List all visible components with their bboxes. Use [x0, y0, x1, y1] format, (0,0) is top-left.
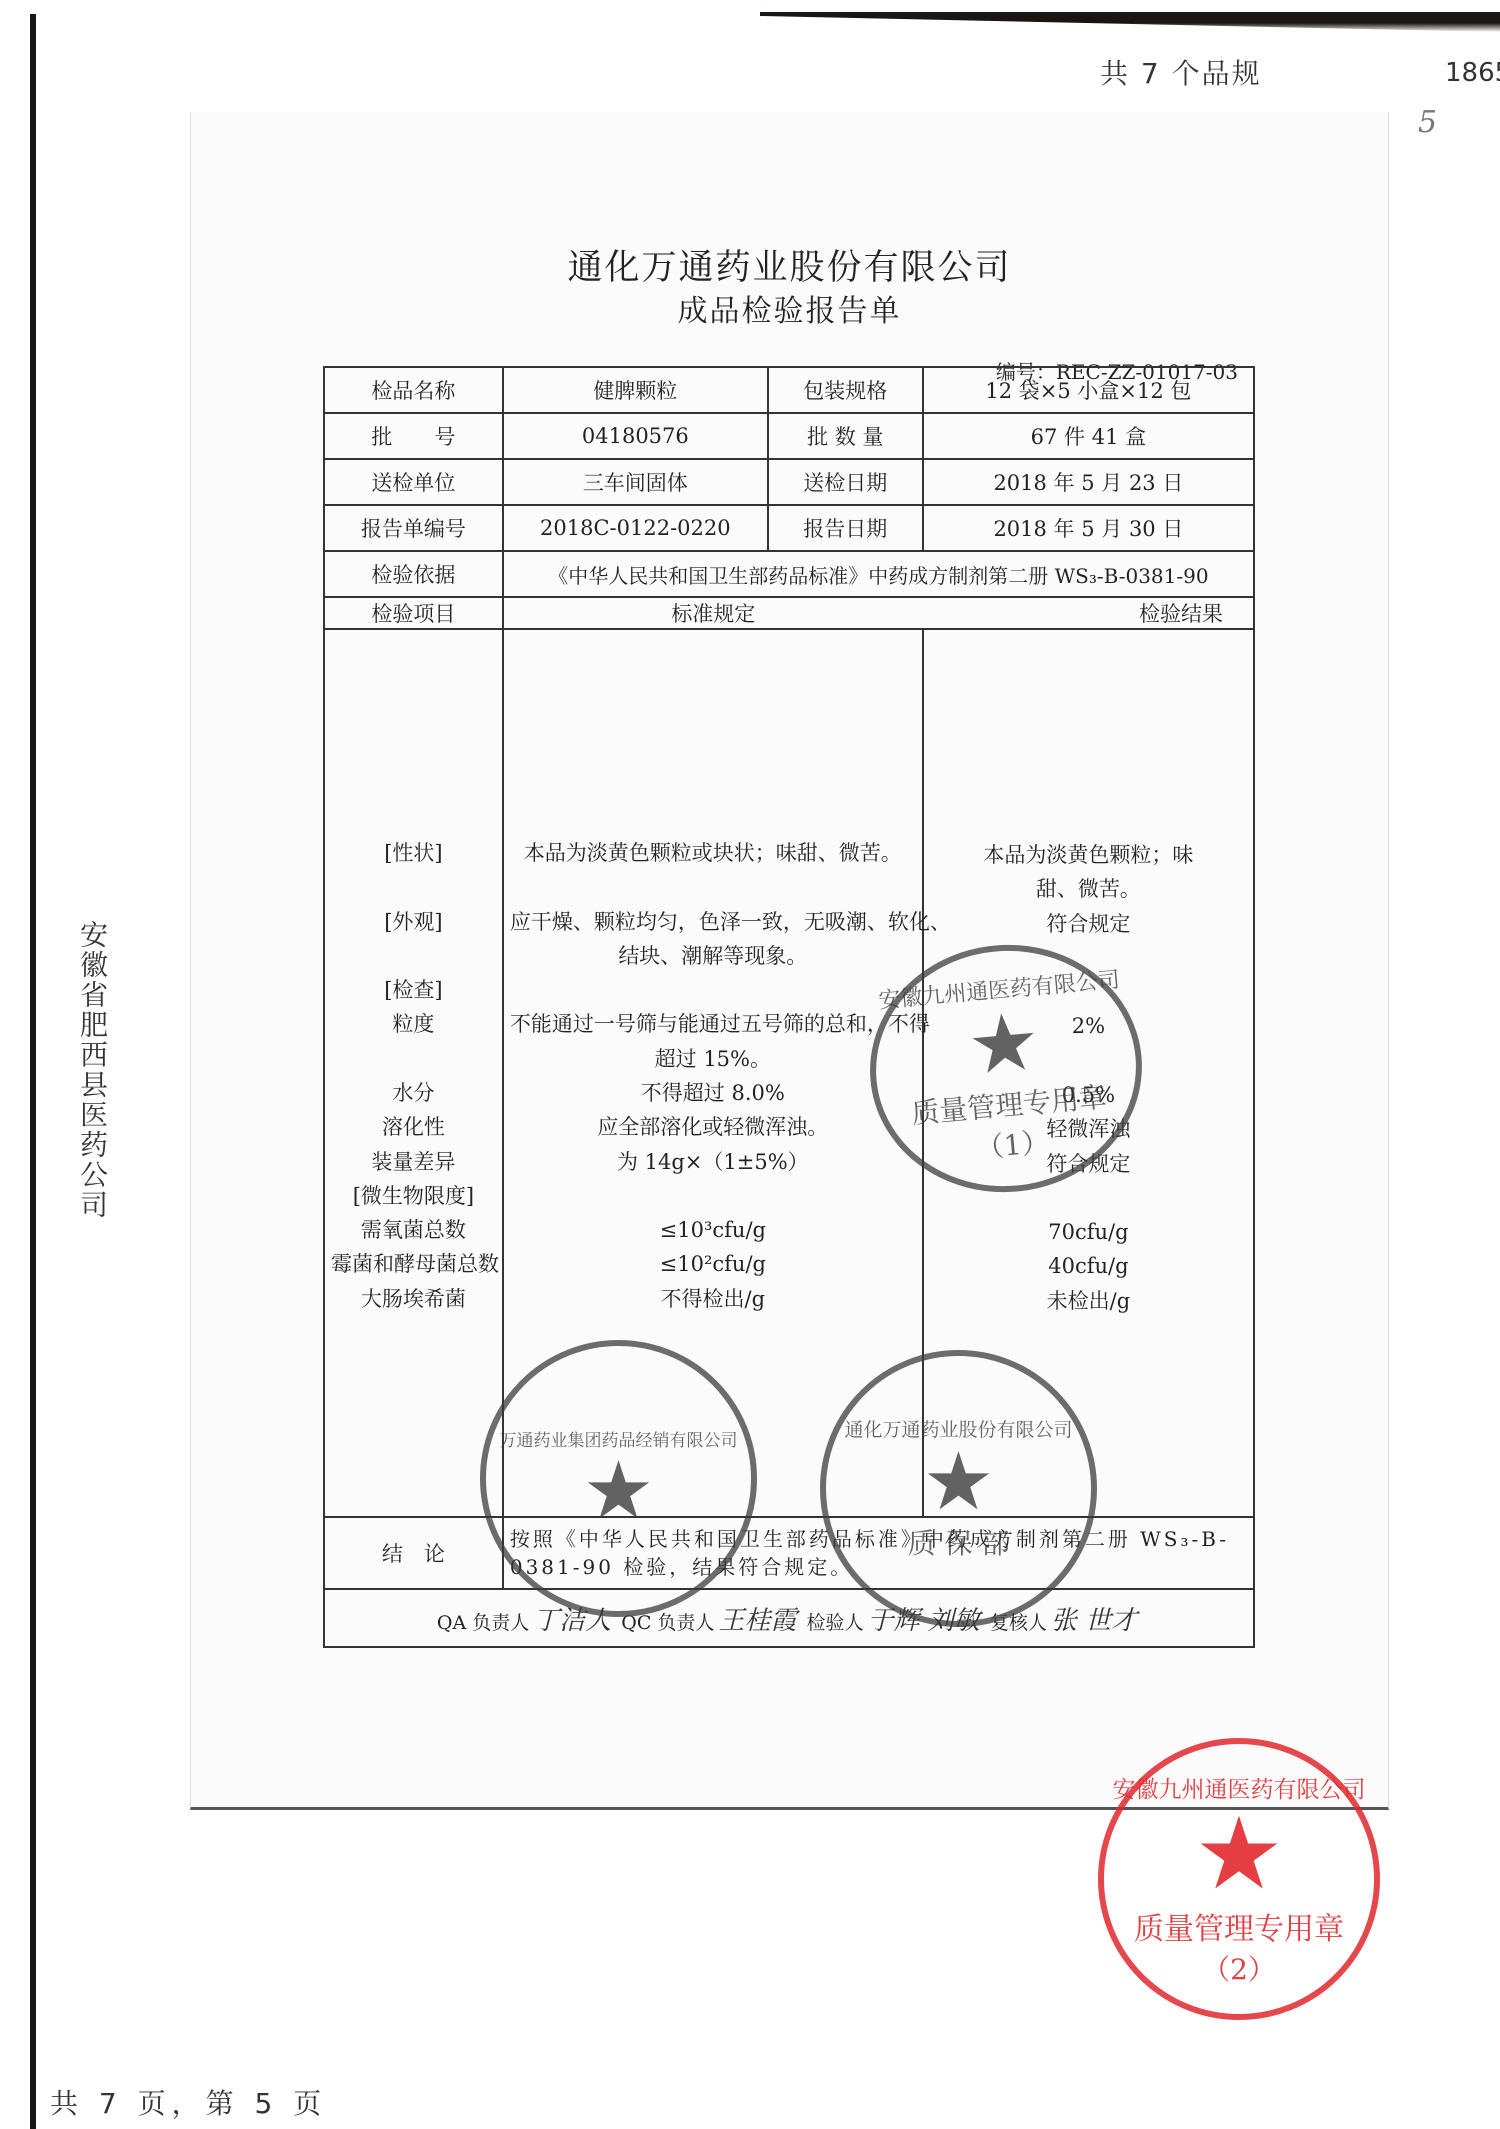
inspector-label: 检验人 [807, 1612, 864, 1634]
qa-label: QA 负责人 [437, 1612, 529, 1634]
info-label: 送检日期 [768, 459, 923, 505]
company-stamp-group: 万通药业集团药品经销有限公司 ★ [480, 1340, 757, 1617]
stamp-text: 质量管理专用章 [1134, 1904, 1344, 1948]
test-result: 40cfu/g [930, 1249, 1247, 1283]
info-label: 报告日期 [768, 505, 923, 551]
test-item: 大肠埃希菌 [331, 1282, 496, 1316]
test-item: 装量差异 [331, 1145, 496, 1179]
test-item: 水分 [331, 1076, 496, 1110]
test-standard: 应全部溶化或轻微浑浊。 [510, 1110, 916, 1144]
scan-edge-top [760, 12, 1500, 32]
info-value: 2018 年 5 月 30 日 [923, 505, 1254, 551]
page-number: 1865 [1445, 58, 1500, 88]
info-value: 67 件 41 盒 [923, 413, 1254, 459]
test-standard: 应干燥、颗粒均匀，色泽一致，无吸潮、软化、 [510, 905, 916, 939]
signature-row: QA 负责人丁洁人 QC 负责人王桂霞 检验人于辉 刘敏 复核人张 世才 [324, 1589, 1254, 1647]
company-name: 通化万通药业股份有限公司 [191, 240, 1388, 290]
test-item [331, 870, 496, 904]
test-standard: 结块、潮解等现象。 [510, 939, 916, 973]
test-standard: 超过 15%。 [510, 1042, 916, 1076]
info-row: 送检单位三车间固体送检日期2018 年 5 月 23 日 [324, 459, 1254, 505]
info-label: 报告单编号 [324, 505, 503, 551]
quality-stamp-2: 安徽九州通医药有限公司 ★ 质量管理专用章 （2） [1098, 1738, 1380, 2020]
column-header-row: 检验项目 标准规定 检验结果 [324, 597, 1254, 629]
test-item: 溶化性 [331, 1110, 496, 1144]
stamp-number: （2） [1202, 1948, 1276, 1988]
test-item: 霉菌和酵母菌总数 [331, 1247, 496, 1281]
test-standard: ≤10²cfu/g [510, 1247, 916, 1281]
test-item [331, 1042, 496, 1076]
info-row: 批 号04180576批 数 量67 件 41 盒 [324, 413, 1254, 459]
basis-value: 《中华人民共和国卫生部药品标准》中药成方制剂第二册 WS₃-B-0381-90 [503, 551, 1254, 597]
info-label: 批 数 量 [768, 413, 923, 459]
star-icon: ★ [923, 1442, 995, 1522]
standards-column: 本品为淡黄色颗粒或块状；味甜、微苦。应干燥、颗粒均匀，色泽一致，无吸潮、软化、结… [510, 836, 916, 1316]
test-item: 粒度 [331, 1007, 496, 1041]
conclusion-row: 结 论 按照《中华人民共和国卫生部药品标准》中药成方制剂第二册 WS₃-B-03… [324, 1517, 1254, 1589]
conclusion-label: 结 论 [324, 1517, 503, 1589]
col-header-standard: 标准规定 [503, 597, 923, 629]
info-value: 健脾颗粒 [503, 367, 768, 413]
test-result: 甜、微苦。 [930, 872, 1247, 906]
report-sheet: 通化万通药业股份有限公司 成品检验报告单 编号：REC-ZZ-01017-03 … [190, 112, 1389, 1810]
star-icon: ★ [1194, 1804, 1284, 1904]
page-footer: 共 7 页，第 5 页 [50, 2082, 327, 2122]
star-icon: ★ [965, 1001, 1043, 1087]
test-result: 未检出/g [930, 1284, 1247, 1318]
test-item: [检查] [331, 973, 496, 1007]
scan-edge-left [30, 14, 36, 2129]
test-standard: 不能通过一号筛与能通过五号筛的总和，不得 [510, 1007, 916, 1041]
test-standard: 不得超过 8.0% [510, 1076, 916, 1110]
header-note: 共 7 个品规 [1100, 52, 1262, 92]
side-company-text: 安徽省肥西县医药公司 [72, 920, 112, 1220]
test-result: 70cfu/g [930, 1215, 1247, 1249]
test-standard [510, 973, 916, 1007]
star-icon: ★ [583, 1451, 655, 1531]
report-title: 成品检验报告单 [191, 286, 1388, 330]
col-header-result: 检验结果 [923, 597, 1254, 629]
info-row: 报告单编号2018C-0122-0220报告日期2018 年 5 月 30 日 [324, 505, 1254, 551]
info-label: 批 号 [324, 413, 503, 459]
basis-row: 检验依据 《中华人民共和国卫生部药品标准》中药成方制剂第二册 WS₃-B-038… [324, 551, 1254, 597]
col-header-item: 检验项目 [324, 597, 503, 629]
test-items-column: [性状][外观][检查]粒度水分溶化性装量差异[微生物限度]需氧菌总数霉菌和酵母… [331, 836, 496, 1316]
info-label: 送检单位 [324, 459, 503, 505]
stamp-text: 质 保 部 [908, 1522, 1010, 1562]
test-item: [性状] [331, 836, 496, 870]
test-standard: ≤10³cfu/g [510, 1213, 916, 1247]
test-standard: 本品为淡黄色颗粒或块状；味甜、微苦。 [510, 836, 916, 870]
company-stamp-wantong: 通化万通药业股份有限公司 ★ 质 保 部 [820, 1350, 1097, 1627]
handwritten-mark: 5 [1418, 105, 1437, 140]
reviewer-signature: 张 世才 [1051, 1606, 1137, 1636]
test-item [331, 939, 496, 973]
info-label: 检品名称 [324, 367, 503, 413]
info-value: 2018 年 5 月 23 日 [923, 459, 1254, 505]
info-value: 2018C-0122-0220 [503, 505, 768, 551]
test-item: 需氧菌总数 [331, 1213, 496, 1247]
basis-label: 检验依据 [324, 551, 503, 597]
qc-signature: 王桂霞 [718, 1606, 796, 1636]
test-standard: 为 14g×（1±5%） [510, 1145, 916, 1179]
info-value: 04180576 [503, 413, 768, 459]
test-standard: 不得检出/g [510, 1282, 916, 1316]
info-row: 检品名称健脾颗粒包装规格12 袋×5 小盒×12 包 [324, 367, 1254, 413]
info-value: 三车间固体 [503, 459, 768, 505]
test-result: 本品为淡黄色颗粒；味 [930, 838, 1247, 872]
test-standard [510, 870, 916, 904]
test-item: [外观] [331, 905, 496, 939]
test-standard [510, 1179, 916, 1213]
test-item: [微生物限度] [331, 1179, 496, 1213]
info-label: 包装规格 [768, 367, 923, 413]
test-result: 符合规定 [930, 907, 1247, 941]
stamp-number: （1） [974, 1121, 1051, 1167]
info-value: 12 袋×5 小盒×12 包 [923, 367, 1254, 413]
